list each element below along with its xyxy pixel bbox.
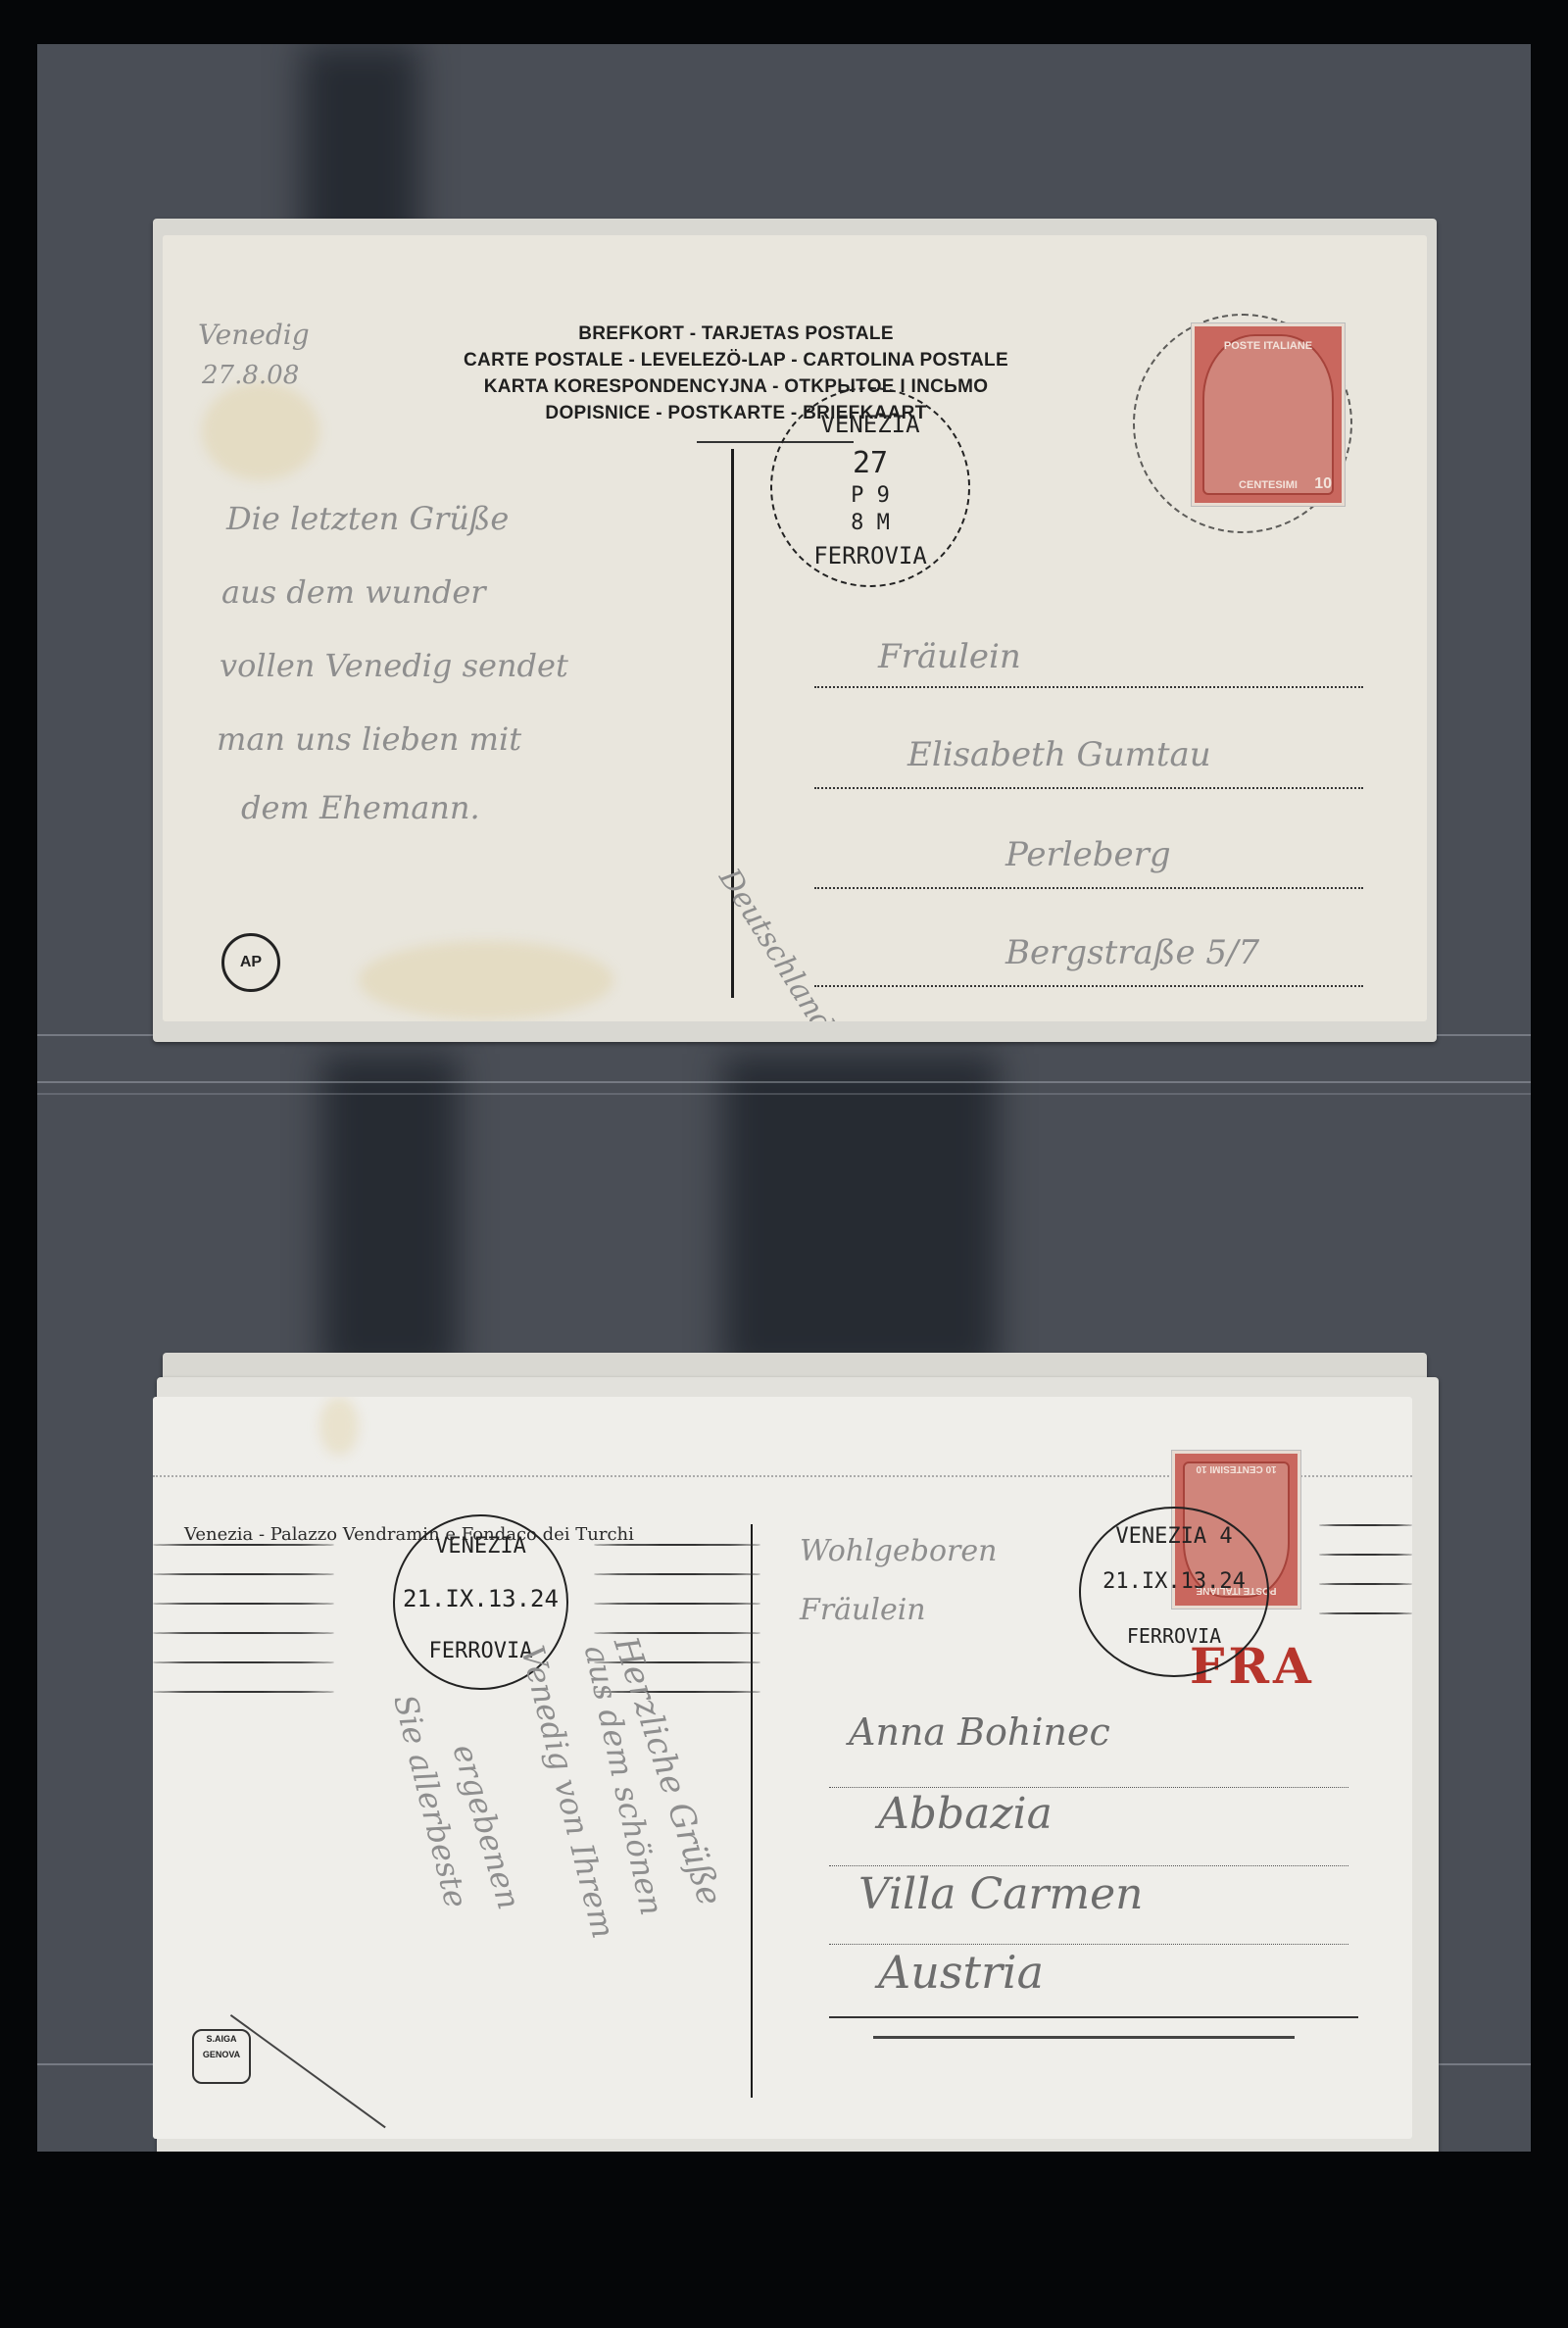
wave-cancel	[594, 1573, 760, 1575]
address-text: Anna Bohinec	[849, 1710, 1110, 1754]
foxing-stain	[359, 941, 613, 1019]
wave-cancel	[153, 1573, 334, 1575]
divider-line	[751, 1524, 753, 2098]
mounting-strip-edge	[37, 1081, 1531, 1083]
strip-shadow	[321, 1054, 459, 1377]
wave-cancel	[594, 1544, 760, 1546]
stamp-portrait	[1202, 334, 1334, 495]
postmark-on-stamp: VENEZIA 4 21.IX.13.24 FERROVIA	[1079, 1507, 1269, 1677]
address-text: Abbazia	[878, 1789, 1053, 1839]
wave-cancel	[1319, 1554, 1412, 1556]
foxing-stain	[319, 1397, 359, 1456]
address-text: Perleberg	[1005, 835, 1171, 874]
wave-cancel	[153, 1661, 334, 1663]
message-line: man uns lieben mit	[217, 720, 521, 758]
address-line	[829, 1865, 1348, 1866]
address-line	[829, 1787, 1348, 1788]
address-line	[814, 985, 1363, 987]
address-line	[829, 1944, 1348, 1945]
wave-cancel	[1319, 1612, 1412, 1614]
address-text: Austria	[878, 1946, 1044, 1999]
pencil-underline	[873, 2036, 1295, 2039]
pencil-place: Venedig	[198, 319, 310, 351]
wave-cancel	[594, 1632, 760, 1634]
postcard-1[interactable]: BREFKORT - TARJETAS POSTALE CARTE POSTAL…	[163, 235, 1427, 1021]
publisher-logo: AP	[221, 933, 280, 992]
stamp-top-text: POSTE ITALIANE	[1195, 340, 1342, 352]
address-text: Fräulein	[878, 637, 1021, 676]
postmark-city: VENEZIA	[772, 411, 968, 438]
address-line	[814, 887, 1363, 889]
address-text: Elisabeth Gumtau	[907, 735, 1211, 774]
mounting-strip-edge	[37, 1093, 1531, 1095]
stamp-bottom-text: 10 CENTESIMI 10	[1175, 1463, 1298, 1474]
message-line: aus dem wunder	[221, 573, 486, 611]
address-text: Bergstraße 5/7	[1005, 933, 1259, 972]
album-page: BREFKORT - TARJETAS POSTALE CARTE POSTAL…	[37, 44, 1531, 2152]
address-line	[814, 787, 1363, 789]
pencil-stroke	[230, 2014, 386, 2128]
wave-cancel	[153, 1603, 334, 1605]
postmark-time: P 9	[772, 483, 968, 508]
address-line	[814, 686, 1363, 688]
wave-cancel	[1319, 1583, 1412, 1585]
address-text: Villa Carmen	[858, 1869, 1143, 1919]
stamp-value: 10	[1314, 475, 1332, 493]
wave-cancel	[153, 1544, 334, 1546]
message-line: Die letzten Grüße	[226, 500, 509, 537]
postmark-date: 21.IX.13.24	[1081, 1569, 1267, 1594]
message-line: vollen Venedig sendet	[220, 647, 568, 684]
postmark-office: FERROVIA	[772, 542, 968, 570]
address-text: Wohlgeboren	[800, 1534, 997, 1568]
postmark-time: 8 M	[772, 511, 968, 535]
postmark-city: VENEZIA 4	[1081, 1524, 1267, 1549]
publisher-logo-text: S.AIGA GENOVA	[203, 2034, 240, 2059]
publisher-logo: S.AIGA GENOVA	[192, 2029, 251, 2084]
postmark-date: 27	[772, 446, 968, 480]
postmark-date: 21.IX.13.24	[395, 1585, 566, 1612]
strip-shadow	[723, 1054, 998, 1377]
wave-cancel	[594, 1603, 760, 1605]
postmark: VENEZIA 27 P 9 8 M FERROVIA	[770, 387, 970, 587]
postage-stamp[interactable]: POSTE ITALIANE CENTESIMI 10	[1192, 323, 1345, 506]
postmark-office: FERROVIA	[1081, 1624, 1267, 1648]
message-line: dem Ehemann.	[241, 789, 480, 826]
wave-cancel	[153, 1691, 334, 1693]
pencil-date: 27.8.08	[202, 361, 299, 390]
postmark-city: VENEZIA	[395, 1534, 566, 1559]
postcard-2[interactable]: Venezia - Palazzo Vendramin e Fondaco de…	[153, 1397, 1412, 2139]
address-text: Fräulein	[800, 1593, 926, 1627]
wave-cancel	[153, 1632, 334, 1634]
address-underline	[829, 2016, 1358, 2018]
wave-cancel	[1319, 1524, 1412, 1526]
